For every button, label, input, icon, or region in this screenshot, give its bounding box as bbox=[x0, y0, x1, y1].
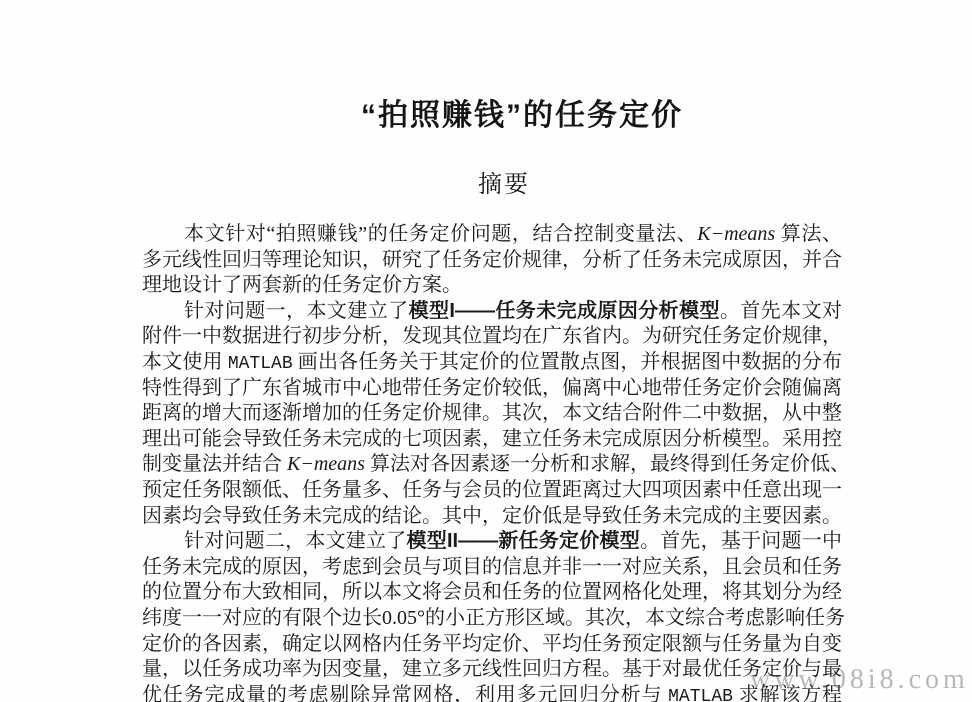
text-segment: 理地设计了两套新的任务定价方案。 bbox=[142, 274, 462, 296]
text-segment: 量，以任务成功率为因变量，建立多元线性回归方程。基于对最优任务定价与最 bbox=[142, 658, 842, 680]
text-segment: 。首先本文对 bbox=[720, 300, 842, 322]
text-line: 预定任务限额低、任务量多、任务与会员的位置距离过大四项因素中任意出现一 bbox=[142, 478, 842, 504]
text-segment-mono: MATLAB bbox=[228, 354, 293, 374]
text-line: 任务未完成的原因，考虑到会员与项目的信息并非一一对应关系，且会员和任务 bbox=[142, 555, 842, 581]
abstract-heading: 摘要 bbox=[36, 164, 972, 199]
text-segment: 针对问题二，本文建立了 bbox=[184, 530, 407, 552]
text-line: 理地设计了两套新的任务定价方案。 bbox=[142, 273, 842, 299]
text-segment: 预定任务限额低、任务量多、任务与会员的位置距离过大四项因素中任意出现一 bbox=[142, 479, 842, 501]
text-line: 针对问题一，本文建立了模型I——任务未完成原因分析模型。首先本文对 bbox=[142, 299, 842, 325]
text-line: 因素均会导致任务未完成的结论。其中，定价低是导致任务未完成的主要因素。 bbox=[142, 504, 842, 530]
text-segment-math: K−means bbox=[287, 453, 365, 475]
text-line: 理出可能会导致任务未完成的七项因素，建立任务未完成原因分析模型。采用控 bbox=[142, 427, 842, 453]
text-segment: 特性得到了广东省城市中心地带任务定价较低，偏离中心地带任务定价会随偏离 bbox=[142, 377, 842, 399]
text-segment: 因素均会导致任务未完成的结论。其中，定价低是导致任务未完成的主要因素。 bbox=[142, 505, 842, 527]
text-line: 纬度一一对应的有限个边长0.05°的小正方形区域。其次，本文综合考虑影响任务 bbox=[142, 606, 842, 632]
text-segment: 优任务完成量的考虑剔除异常网格，利用多元回归分析与 bbox=[142, 684, 668, 702]
text-line: 制变量法并结合 K−means 算法对各因素逐一分析和求解，最终得到任务定价低、 bbox=[142, 452, 842, 478]
text-segment-bold: 模型II——新任务定价模型 bbox=[407, 530, 640, 552]
text-segment: 多元线性回归等理论知识，研究了任务定价规律，分析了任务未完成原因，并合 bbox=[142, 249, 842, 271]
text-segment: 针对问题一，本文建立了 bbox=[184, 300, 409, 322]
text-segment: 画出各任务关于其定价的位置散点图，并根据图中数据的分布 bbox=[293, 351, 842, 373]
text-line: 多元线性回归等理论知识，研究了任务定价规律，分析了任务未完成原因，并合 bbox=[142, 248, 842, 274]
text-line: 本文使用 MATLAB 画出各任务关于其定价的位置散点图，并根据图中数据的分布 bbox=[142, 350, 842, 376]
text-segment: 算法对各因素逐一分析和求解，最终得到任务定价低、 bbox=[365, 453, 850, 475]
text-segment: 求解该方程 bbox=[733, 684, 842, 702]
text-segment: 的位置分布大致相同，所以本文将会员和任务的位置网格化处理，将其划分为经 bbox=[142, 581, 842, 603]
text-line: 优任务完成量的考虑剔除异常网格，利用多元回归分析与 MATLAB 求解该方程 bbox=[142, 683, 842, 702]
text-segment: 理出可能会导致任务未完成的七项因素，建立任务未完成原因分析模型。采用控 bbox=[142, 428, 842, 450]
text-segment: 制变量法并结合 bbox=[142, 453, 287, 475]
text-segment-math: K−means bbox=[697, 223, 775, 245]
text-segment: 任务未完成的原因，考虑到会员与项目的信息并非一一对应关系，且会员和任务 bbox=[142, 556, 842, 578]
text-line: 的位置分布大致相同，所以本文将会员和任务的位置网格化处理，将其划分为经 bbox=[142, 580, 842, 606]
text-line: 本文针对“拍照赚钱”的任务定价问题，结合控制变量法、K−means 算法、 bbox=[142, 222, 842, 248]
text-segment: 纬度一一对应的有限个边长 bbox=[142, 607, 382, 629]
text-segment: 的小正方形区域。其次，本文综合考虑影响任务 bbox=[425, 607, 845, 629]
text-line: 针对问题二，本文建立了模型II——新任务定价模型。首先，基于问题一中 bbox=[142, 529, 842, 555]
text-segment: 附件一中数据进行初步分析，发现其位置均在广东省内。为研究任务定价规律， bbox=[142, 325, 842, 347]
text-line: 附件一中数据进行初步分析，发现其位置均在广东省内。为研究任务定价规律， bbox=[142, 324, 842, 350]
text-segment: 。首先，基于问题一中 bbox=[640, 530, 842, 552]
text-segment-bold: 模型I——任务未完成原因分析模型 bbox=[409, 300, 720, 322]
text-segment: 本文使用 bbox=[142, 351, 228, 373]
text-segment-latin: 0.05° bbox=[382, 607, 425, 629]
text-segment: 算法、 bbox=[775, 223, 842, 245]
text-line: 特性得到了广东省城市中心地带任务定价较低，偏离中心地带任务定价会随偏离 bbox=[142, 376, 842, 402]
text-line: 定价的各因素，确定以网格内任务平均定价、平均任务预定限额与任务量为自变 bbox=[142, 632, 842, 658]
text-segment: 本文针对“拍照赚钱”的任务定价问题，结合控制变量法、 bbox=[184, 223, 697, 245]
text-line: 距离的增大而逐渐增加的任务定价规律。其次，本文结合附件二中数据，从中整 bbox=[142, 401, 842, 427]
document-page: “拍照赚钱”的任务定价 摘要 www.08i8.com 本文针对“拍照赚钱”的任… bbox=[0, 0, 972, 702]
text-segment: 距离的增大而逐渐增加的任务定价规律。其次，本文结合附件二中数据，从中整 bbox=[142, 402, 842, 424]
text-segment: 定价的各因素，确定以网格内任务平均定价、平均任务预定限额与任务量为自变 bbox=[142, 633, 842, 655]
abstract-body: 本文针对“拍照赚钱”的任务定价问题，结合控制变量法、K−means 算法、多元线… bbox=[142, 222, 842, 702]
text-line: 量，以任务成功率为因变量，建立多元线性回归方程。基于对最优任务定价与最 bbox=[142, 657, 842, 683]
page-title: “拍照赚钱”的任务定价 bbox=[72, 90, 972, 134]
text-segment-mono: MATLAB bbox=[668, 687, 733, 702]
